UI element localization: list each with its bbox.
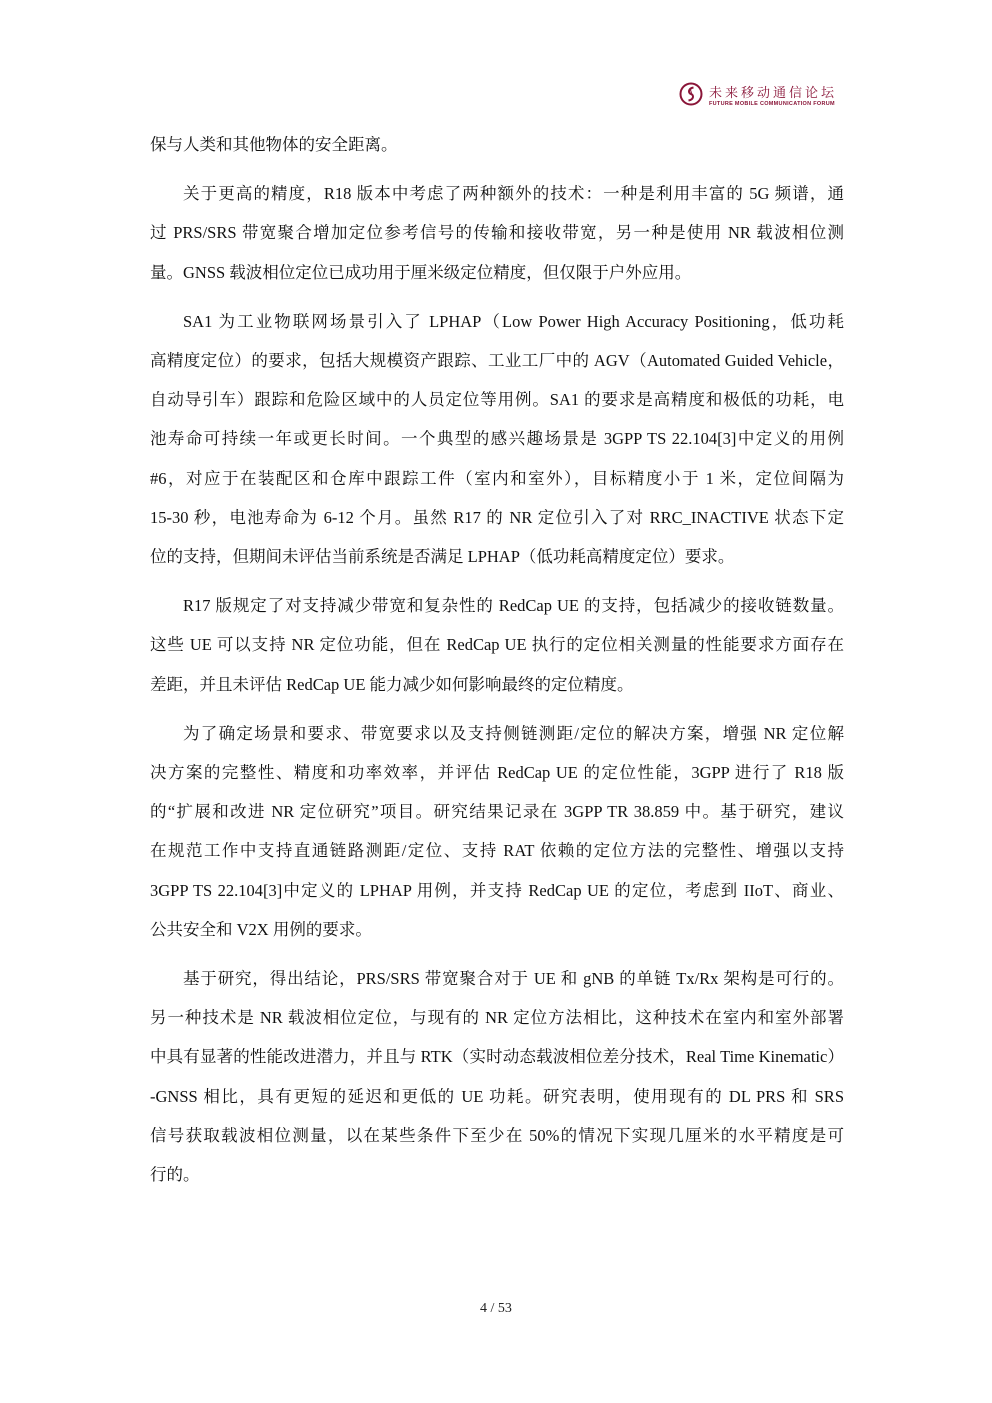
text-line: 的“扩展和改进 NR 定位研究”项目。研究结果记录在 3GPP TR 38.85… (150, 792, 844, 831)
document-page: 未来移动通信论坛 FUTURE MOBILE COMMUNICATION FOR… (0, 0, 992, 1403)
forum-logo-icon (679, 82, 703, 106)
text-line: 保与人类和其他物体的安全距离。 (150, 125, 844, 164)
text-line: 3GPP TS 22.104[3]中定义的 LPHAP 用例，并支持 RedCa… (150, 871, 844, 910)
text-line: 行的。 (150, 1155, 844, 1194)
text-line: 位的支持，但期间未评估当前系统是否满足 LPHAP（低功耗高精度定位）要求。 (150, 537, 844, 576)
paragraph-5: 为了确定场景和要求、带宽要求以及支持侧链测距/定位的解决方案，增强 NR 定位解… (150, 714, 844, 949)
text-line: 中具有显著的性能改进潜力，并且与 RTK（实时动态载波相位差分技术，Real T… (150, 1037, 844, 1076)
text-line: 另一种技术是 NR 载波相位定位，与现有的 NR 定位方法相比，这种技术在室内和… (150, 998, 844, 1037)
text-line: 自动导引车）跟踪和危险区域中的人员定位等用例。SA1 的要求是高精度和极低的功耗… (150, 380, 844, 419)
text-line: 池寿命可持续一年或更长时间。一个典型的感兴趣场景是 3GPP TS 22.104… (150, 419, 844, 458)
text-line: 在规范工作中支持直通链路测距/定位、支持 RAT 依赖的定位方法的完整性、增强以… (150, 831, 844, 870)
paragraph-3: SA1 为工业物联网场景引入了 LPHAP（Low Power High Acc… (150, 302, 844, 576)
page-number: 4 / 53 (0, 1301, 992, 1317)
text-line: 关于更高的精度，R18 版本中考虑了两种额外的技术：一种是利用丰富的 5G 频谱… (150, 174, 844, 213)
text-line: 公共安全和 V2X 用例的要求。 (150, 910, 844, 949)
text-line: 过 PRS/SRS 带宽聚合增加定位参考信号的传输和接收带宽，另一种是使用 NR… (150, 213, 844, 252)
text-line: 信号获取载波相位测量，以在某些条件下至少在 50%的情况下实现几厘米的水平精度是… (150, 1116, 844, 1155)
logo-name-cn: 未来移动通信论坛 (709, 82, 837, 101)
text-line: 量。GNSS 载波相位定位已成功用于厘米级定位精度，但仅限于户外应用。 (150, 253, 844, 292)
header-logo: 未来移动通信论坛 FUTURE MOBILE COMMUNICATION FOR… (679, 80, 849, 114)
document-body: 保与人类和其他物体的安全距离。 关于更高的精度，R18 版本中考虑了两种额外的技… (150, 125, 844, 1194)
text-line: #6，对应于在装配区和仓库中跟踪工件（室内和室外），目标精度小于 1 米，定位间… (150, 459, 844, 498)
text-line: 决方案的完整性、精度和功率效率，并评估 RedCap UE 的定位性能，3GPP… (150, 753, 844, 792)
logo-name-en: FUTURE MOBILE COMMUNICATION FORUM (709, 101, 835, 107)
text-line: 高精度定位）的要求，包括大规模资产跟踪、工业工厂中的 AGV（Automated… (150, 341, 844, 380)
paragraph-2: 关于更高的精度，R18 版本中考虑了两种额外的技术：一种是利用丰富的 5G 频谱… (150, 174, 844, 292)
text-line: SA1 为工业物联网场景引入了 LPHAP（Low Power High Acc… (150, 302, 844, 341)
text-line: 为了确定场景和要求、带宽要求以及支持侧链测距/定位的解决方案，增强 NR 定位解 (150, 714, 844, 753)
text-line: 15-30 秒，电池寿命为 6-12 个月。虽然 R17 的 NR 定位引入了对… (150, 498, 844, 537)
paragraph-6: 基于研究，得出结论，PRS/SRS 带宽聚合对于 UE 和 gNB 的单链 Tx… (150, 959, 844, 1194)
paragraph-4: R17 版规定了对支持减少带宽和复杂性的 RedCap UE 的支持，包括减少的… (150, 586, 844, 704)
text-line: 基于研究，得出结论，PRS/SRS 带宽聚合对于 UE 和 gNB 的单链 Tx… (150, 959, 844, 998)
text-line: 这些 UE 可以支持 NR 定位功能，但在 RedCap UE 执行的定位相关测… (150, 625, 844, 664)
text-line: 差距，并且未评估 RedCap UE 能力减少如何影响最终的定位精度。 (150, 665, 844, 704)
paragraph-1: 保与人类和其他物体的安全距离。 (150, 125, 844, 164)
text-line: -GNSS 相比，具有更短的延迟和更低的 UE 功耗。研究表明，使用现有的 DL… (150, 1077, 844, 1116)
text-line: R17 版规定了对支持减少带宽和复杂性的 RedCap UE 的支持，包括减少的… (150, 586, 844, 625)
